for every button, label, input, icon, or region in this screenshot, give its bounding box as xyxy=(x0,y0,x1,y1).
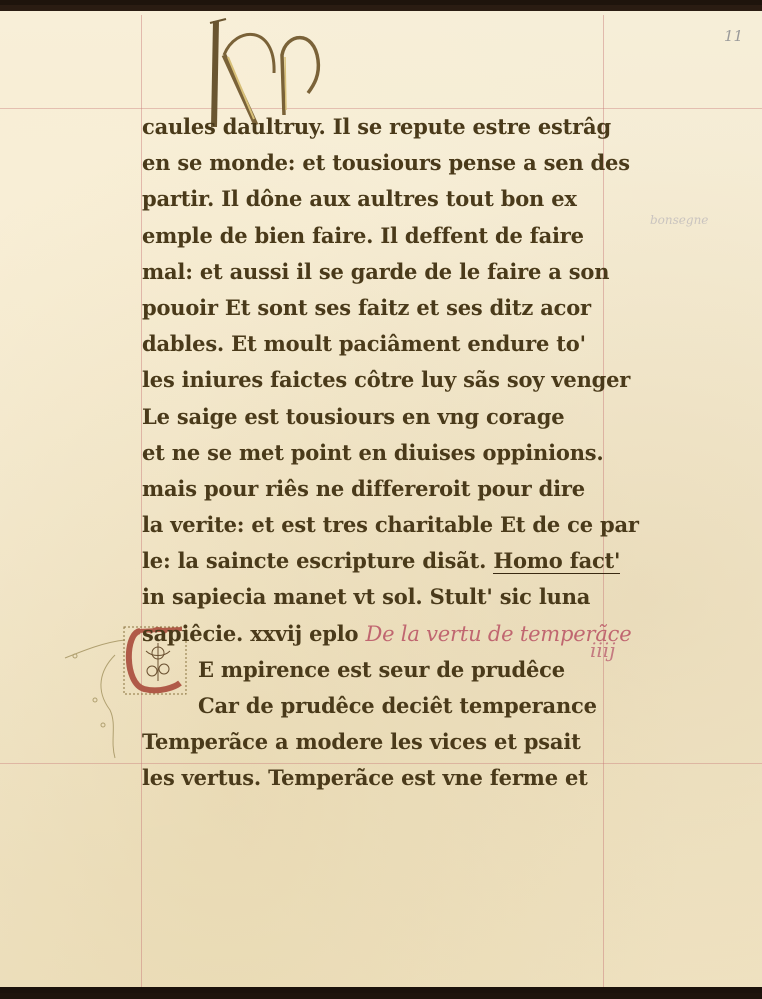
line-text: pouoir Et sont ses faitz et ses ditz aco… xyxy=(142,295,591,320)
line-text: Temperãce a modere les vices et psait xyxy=(142,729,581,754)
text-line: E mpirence est seur de prudêce xyxy=(142,652,612,688)
latin-quotation: Homo fact' xyxy=(493,548,620,574)
line-text: les vertus. Temperãce est vne ferme et xyxy=(142,765,588,790)
line-text: mais pour riês ne differeroit pour dire xyxy=(142,476,585,501)
text-line: partir. Il dône aux aultres tout bon ex xyxy=(142,181,612,217)
text-line: les iniures faictes côtre luy sãs soy ve… xyxy=(142,362,612,398)
text-line: les vertus. Temperãce est vne ferme et xyxy=(142,760,612,796)
line-text: et ne se met point en diuises oppinions. xyxy=(142,440,604,465)
page-top-edge xyxy=(0,5,762,11)
marginal-rubric: iiij xyxy=(590,638,615,662)
page-bottom-edge xyxy=(0,987,762,993)
text-line: emple de bien faire. Il deffent de faire xyxy=(142,218,612,254)
text-line: caules daultruy. Il se repute estre estr… xyxy=(142,109,612,145)
text-line: mal: et aussi il se garde de le faire a … xyxy=(142,254,612,290)
line-text: partir. Il dône aux aultres tout bon ex xyxy=(142,186,577,211)
line-text: les iniures faictes côtre luy sãs soy ve… xyxy=(142,367,630,392)
line-text: en se monde: et tousiours pense a sen de… xyxy=(142,150,630,175)
text-line: Le saige est tousiours en vng corage xyxy=(142,399,612,435)
line-text: in sapiecia manet vt sol. Stult' sic lun… xyxy=(142,584,590,609)
line-text: caules daultruy. Il se repute estre estr… xyxy=(142,114,611,139)
text-line: in sapiecia manet vt sol. Stult' sic lun… xyxy=(142,579,612,615)
line-text: Le saige est tousiours en vng corage xyxy=(142,404,564,429)
text-line: le: la saincte escripture disãt. Homo fa… xyxy=(142,543,612,579)
text-line: Car de prudêce deciêt temperance xyxy=(142,688,612,724)
manuscript-page: 11 bonsegne caules daultruy. Il xyxy=(0,5,762,993)
line-text: emple de bien faire. Il deffent de faire xyxy=(142,223,584,248)
line-text: sapiêcie. xxvij eplo xyxy=(142,621,365,646)
text-line: pouoir Et sont ses faitz et ses ditz aco… xyxy=(142,290,612,326)
text-line: sapiêcie. xxvij eplo De la vertu de temp… xyxy=(142,616,612,652)
text-line: en se monde: et tousiours pense a sen de… xyxy=(142,145,612,181)
text-block: caules daultruy. Il se repute estre estr… xyxy=(142,109,612,797)
text-line: la verite: et est tres charitable Et de … xyxy=(142,507,612,543)
line-text: la verite: et est tres charitable Et de … xyxy=(142,512,639,537)
folio-number: 11 xyxy=(724,27,743,45)
marginal-ghost-note: bonsegne xyxy=(650,213,708,227)
text-line: mais pour riês ne differeroit pour dire xyxy=(142,471,612,507)
line-text: Car de prudêce deciêt temperance xyxy=(198,693,597,718)
line-text: dables. Et moult paciâment endure to' xyxy=(142,331,586,356)
text-line: et ne se met point en diuises oppinions. xyxy=(142,435,612,471)
line-text: E mpirence est seur de prudêce xyxy=(198,657,565,682)
line-text: mal: et aussi il se garde de le faire a … xyxy=(142,259,609,284)
text-line: dables. Et moult paciâment endure to' xyxy=(142,326,612,362)
text-line: Temperãce a modere les vices et psait xyxy=(142,724,612,760)
line-text: le: la saincte escripture disãt. xyxy=(142,548,493,573)
